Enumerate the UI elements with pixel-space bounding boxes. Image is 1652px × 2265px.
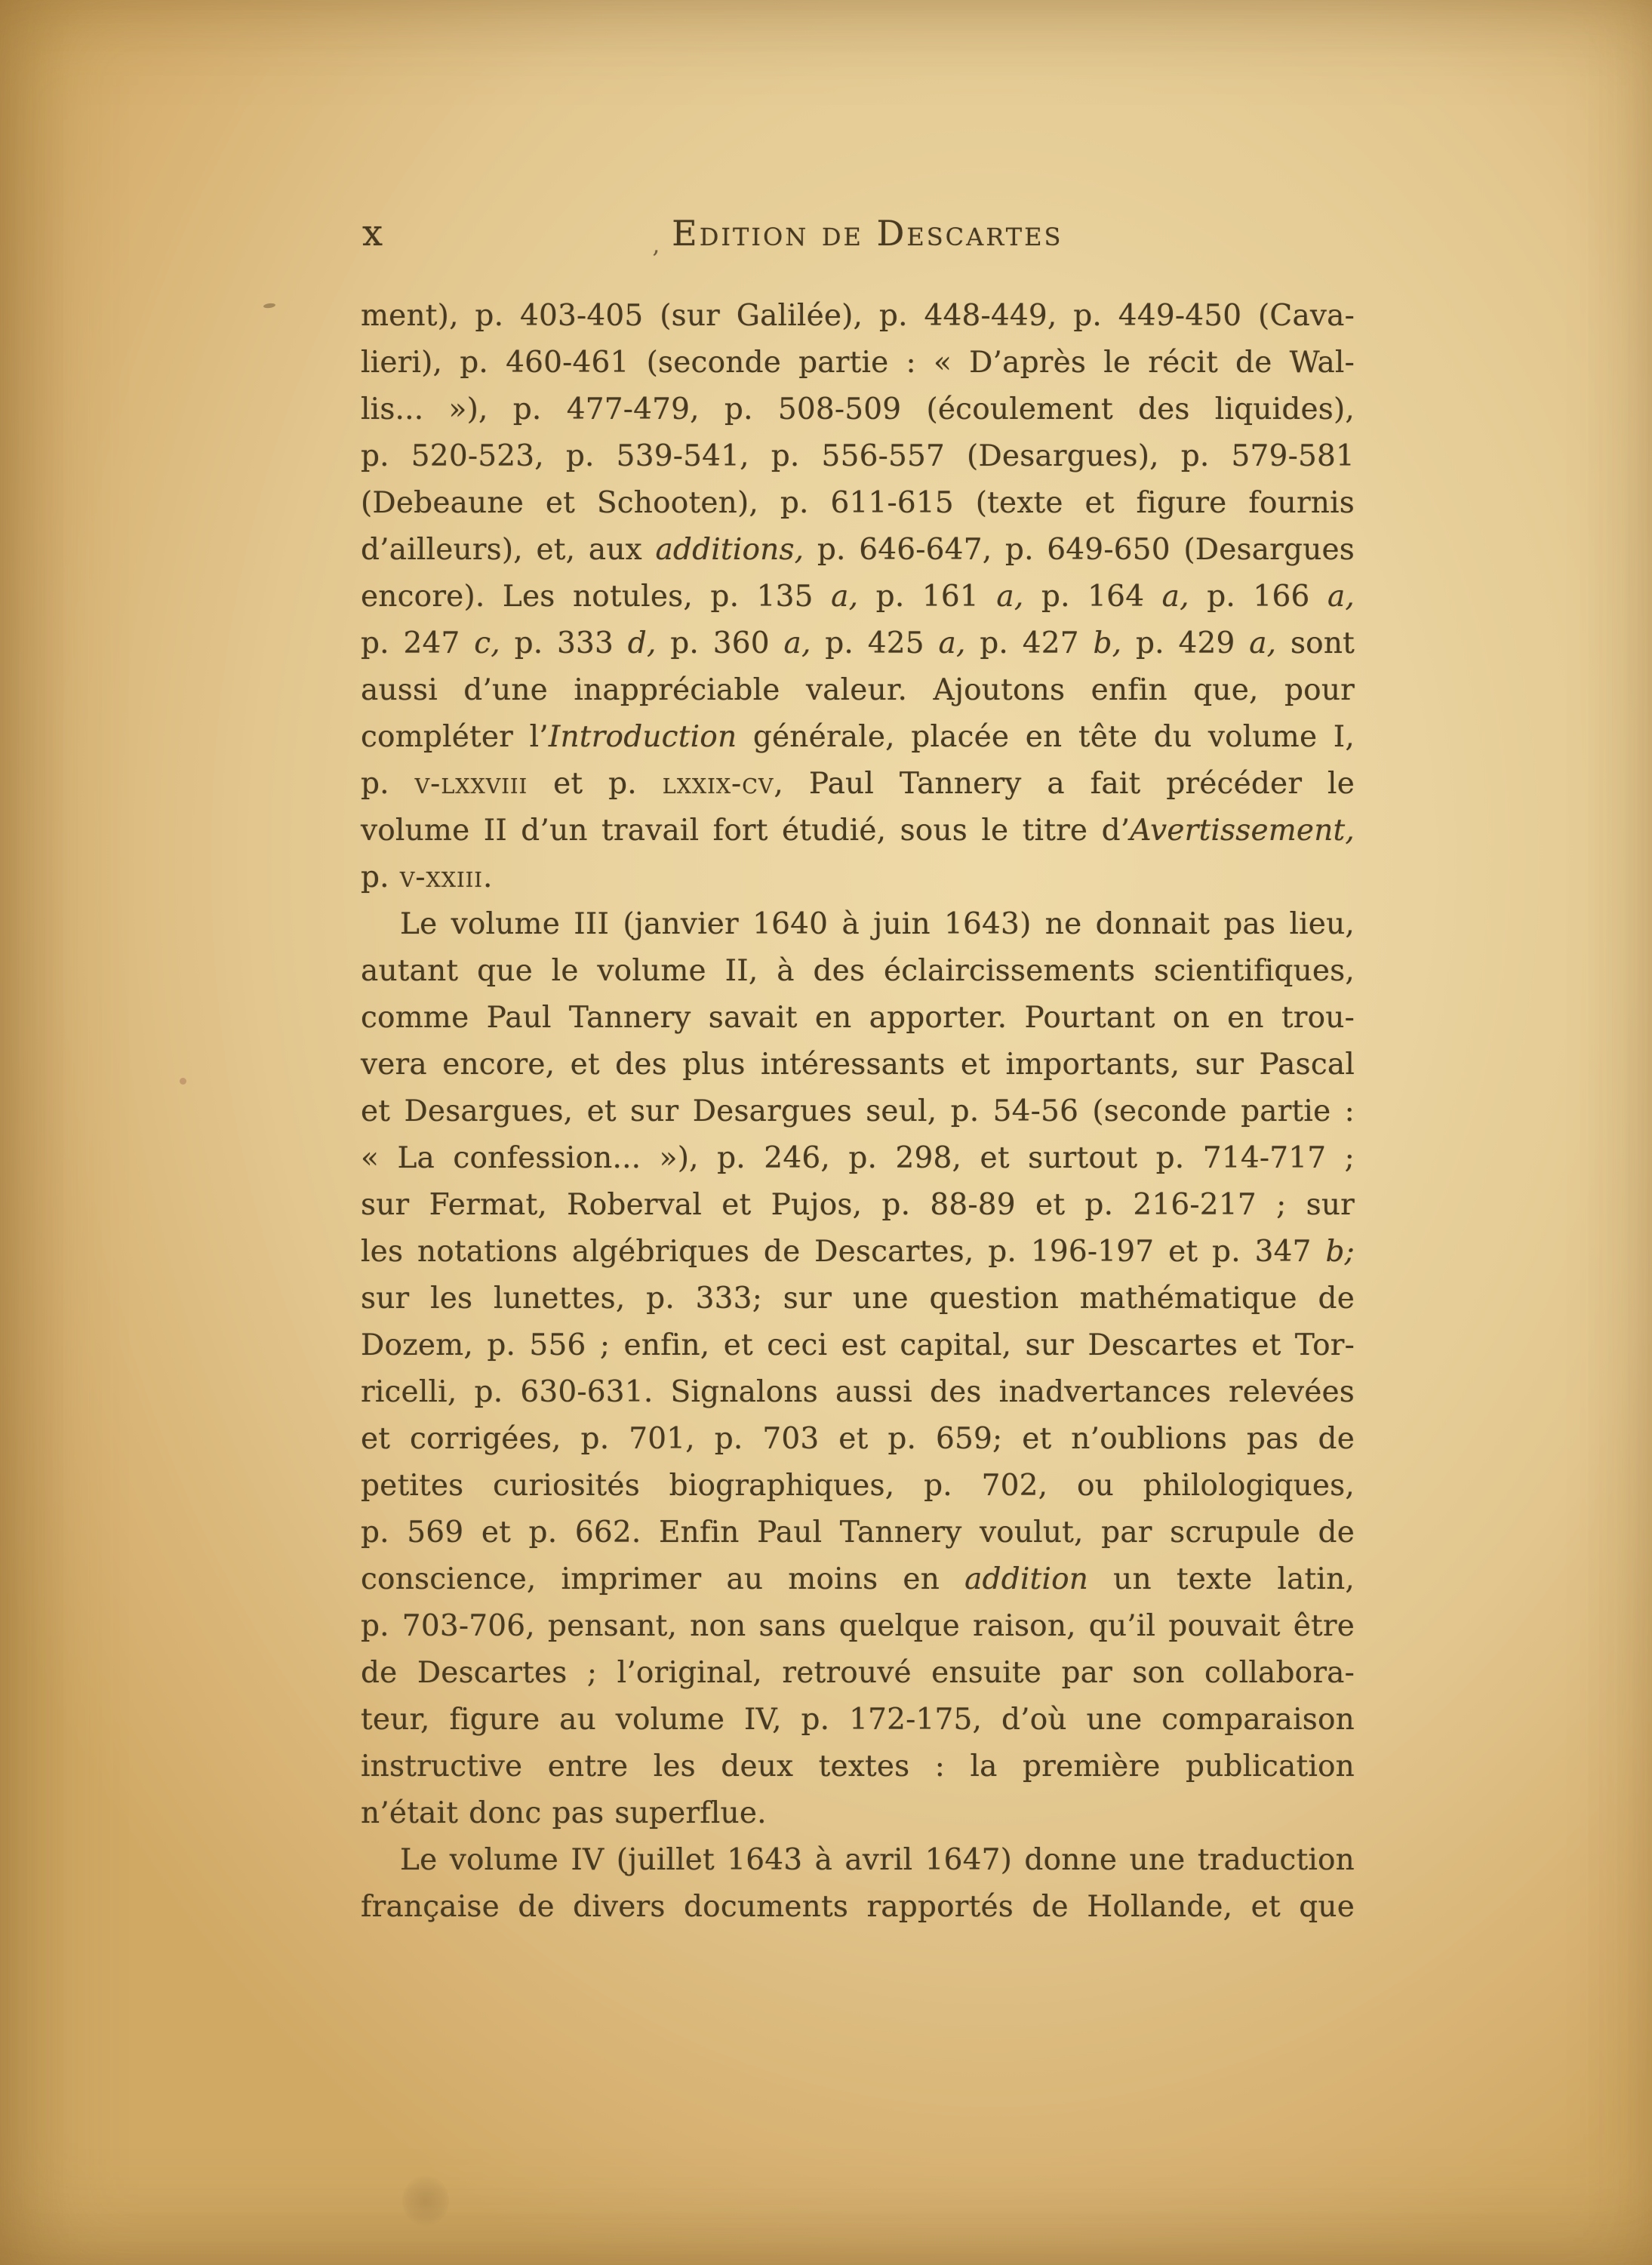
body-text: et Desargues, et sur Desargues seul, p. … bbox=[361, 1094, 1355, 1128]
text-line: et Desargues, et sur Desargues seul, p. … bbox=[361, 1088, 1355, 1135]
body-text: instructive entre les deux textes : la p… bbox=[361, 1750, 1355, 1783]
body-text: p. 164 bbox=[1023, 580, 1161, 614]
body-text: et p. bbox=[528, 767, 663, 801]
text-line: comme Paul Tannery savait en apporter. P… bbox=[361, 995, 1355, 1042]
body-text: « La confession... »), p. 246, p. 298, e… bbox=[361, 1141, 1355, 1175]
italic-text: Introduction bbox=[549, 720, 737, 754]
text-line: autant que le volume II, à des éclaircis… bbox=[361, 948, 1355, 995]
body-text: volume II d’un travail fort étudié, sous… bbox=[361, 814, 1130, 848]
body-text: comme Paul Tannery savait en apporter. P… bbox=[361, 1001, 1355, 1035]
body-text: p. 333 bbox=[500, 626, 628, 660]
smallcaps-text: v-lxxviii bbox=[415, 767, 528, 801]
text-line: lieri), p. 460-461 (seconde partie : « D… bbox=[361, 340, 1355, 386]
text-line: sur Fermat, Roberval et Pujos, p. 88-89 … bbox=[361, 1182, 1355, 1229]
paper-speck bbox=[180, 1078, 186, 1085]
text-line: p. v-xxiii. bbox=[361, 854, 1355, 901]
text-line: française de divers documents rapportés … bbox=[361, 1884, 1355, 1931]
text-line: les notations algébriques de Descartes, … bbox=[361, 1229, 1355, 1276]
text-line: petites curiosités biographiques, p. 702… bbox=[361, 1463, 1355, 1509]
text-line: d’ailleurs), et, aux additions, p. 646-6… bbox=[361, 527, 1355, 574]
body-text: p. 429 bbox=[1121, 626, 1249, 660]
text-line: et corrigées, p. 701, p. 703 et p. 659; … bbox=[361, 1416, 1355, 1463]
text-line: (Debeaune et Schooten), p. 611-615 (text… bbox=[361, 480, 1355, 527]
text-line: vera encore, et des plus intéressants et… bbox=[361, 1042, 1355, 1088]
running-title: ,Edition de Descartes bbox=[361, 210, 1355, 269]
text-line: instructive entre les deux textes : la p… bbox=[361, 1743, 1355, 1790]
text-line: p. 520-523, p. 539-541, p. 556-557 (Desa… bbox=[361, 433, 1355, 480]
body-text: p. 166 bbox=[1189, 580, 1327, 614]
text-line: Dozem, p. 556 ; enfin, et ceci est capit… bbox=[361, 1322, 1355, 1369]
text-line: p. v-lxxviii et p. lxxix-cv, Paul Tanner… bbox=[361, 761, 1355, 808]
body-text: p. bbox=[361, 860, 400, 894]
body-text: et corrigées, p. 701, p. 703 et p. 659; … bbox=[361, 1422, 1355, 1456]
body-text: conscience, imprimer au moins en bbox=[361, 1562, 964, 1596]
italic-text: d, bbox=[628, 626, 657, 660]
body-text: p. 520-523, p. 539-541, p. 556-557 (Desa… bbox=[361, 439, 1355, 473]
text-line: Le volume III (janvier 1640 à juin 1643)… bbox=[361, 901, 1355, 948]
body-text: p. 360 bbox=[657, 626, 784, 660]
body-text: autant que le volume II, à des éclaircis… bbox=[361, 954, 1355, 988]
italic-text: b, bbox=[1094, 626, 1122, 660]
running-head: x ,Edition de Descartes bbox=[361, 210, 1355, 257]
body-text: Le volume IV (juillet 1643 à avril 1647)… bbox=[400, 1843, 1355, 1877]
italic-text: c, bbox=[474, 626, 500, 660]
italic-text: a, bbox=[1327, 580, 1355, 614]
text-line: compléter l’Introduction générale, placé… bbox=[361, 714, 1355, 761]
text-line: aussi d’une inappréciable valeur. Ajouto… bbox=[361, 667, 1355, 714]
italic-text: a, bbox=[784, 626, 811, 660]
italic-text: Avertissement, bbox=[1130, 814, 1355, 848]
body-text: p. 703-706, pensant, non sans quelque ra… bbox=[361, 1609, 1355, 1643]
body-text: lieri), p. 460-461 (seconde partie : « D… bbox=[361, 346, 1355, 380]
italic-text: a, bbox=[939, 626, 966, 660]
text-line: volume II d’un travail fort étudié, sous… bbox=[361, 808, 1355, 854]
body-text: p. 646-647, p. 649-650 (Desargues bbox=[804, 533, 1355, 567]
text-line: p. 569 et p. 662. Enfin Paul Tannery vou… bbox=[361, 1509, 1355, 1556]
body-text: les notations algébriques de Descartes, … bbox=[361, 1235, 1325, 1269]
text-line: encore). Les notules, p. 135 a, p. 161 a… bbox=[361, 574, 1355, 620]
body-text: Dozem, p. 556 ; enfin, et ceci est capit… bbox=[361, 1328, 1355, 1362]
text-line: p. 703-706, pensant, non sans quelque ra… bbox=[361, 1603, 1355, 1650]
text-line: sur les lunettes, p. 333; sur une questi… bbox=[361, 1276, 1355, 1322]
body-text: p. 161 bbox=[858, 580, 996, 614]
body-text: ricelli, p. 630-631. Signalons aussi des… bbox=[361, 1375, 1355, 1409]
body-text: ment), p. 403-405 (sur Galilée), p. 448-… bbox=[361, 299, 1355, 333]
body-text: d’ailleurs), et, aux bbox=[361, 533, 655, 567]
body-text: vera encore, et des plus intéressants et… bbox=[361, 1048, 1355, 1082]
text-line: de Descartes ; l’original, retrouvé ensu… bbox=[361, 1650, 1355, 1697]
paper-stain bbox=[402, 2175, 449, 2227]
text-line: « La confession... »), p. 246, p. 298, e… bbox=[361, 1135, 1355, 1182]
body-text: française de divers documents rapportés … bbox=[361, 1890, 1355, 1924]
body-text: sur Fermat, Roberval et Pujos, p. 88-89 … bbox=[361, 1188, 1355, 1222]
body-text: encore). Les notules, p. 135 bbox=[361, 580, 831, 614]
body-text: compléter l’ bbox=[361, 720, 549, 754]
body-text: sont bbox=[1276, 626, 1355, 660]
book-page: x ,Edition de Descartes ment), p. 403-40… bbox=[0, 0, 1652, 2265]
italic-text: a, bbox=[1162, 580, 1189, 614]
text-line: Le volume IV (juillet 1643 à avril 1647)… bbox=[361, 1837, 1355, 1884]
body-text: générale, placée en tête du volume I, bbox=[737, 720, 1355, 754]
ink-mark: , bbox=[653, 232, 660, 259]
body-text: un texte latin, bbox=[1088, 1562, 1355, 1596]
text-block: ment), p. 403-405 (sur Galilée), p. 448-… bbox=[361, 293, 1355, 1931]
smallcaps-text: lxxix-cv bbox=[663, 767, 774, 801]
italic-text: a, bbox=[1249, 626, 1276, 660]
body-text: n’était donc pas superflue. bbox=[361, 1796, 767, 1830]
paper-speck bbox=[263, 303, 276, 309]
body-text: p. 569 et p. 662. Enfin Paul Tannery vou… bbox=[361, 1516, 1355, 1549]
smallcaps-text: v-xxiii bbox=[400, 860, 483, 894]
text-line: ment), p. 403-405 (sur Galilée), p. 448-… bbox=[361, 293, 1355, 340]
text-line: p. 247 c, p. 333 d, p. 360 a, p. 425 a, … bbox=[361, 620, 1355, 667]
text-line: conscience, imprimer au moins en additio… bbox=[361, 1556, 1355, 1603]
body-text: . bbox=[483, 860, 493, 894]
body-text: Le volume III (janvier 1640 à juin 1643)… bbox=[400, 907, 1355, 941]
body-text: , Paul Tannery a fait précéder le bbox=[774, 767, 1355, 801]
body-text: teur, figure au volume IV, p. 172-175, d… bbox=[361, 1703, 1355, 1737]
body-text: petites curiosités biographiques, p. 702… bbox=[361, 1469, 1355, 1503]
body-text: p. 425 bbox=[811, 626, 939, 660]
italic-text: addition bbox=[964, 1562, 1088, 1596]
text-line: teur, figure au volume IV, p. 172-175, d… bbox=[361, 1697, 1355, 1743]
body-text: de Descartes ; l’original, retrouvé ensu… bbox=[361, 1656, 1355, 1690]
italic-text: a, bbox=[996, 580, 1023, 614]
running-title-text: Edition de Descartes bbox=[672, 213, 1063, 254]
italic-text: a, bbox=[831, 580, 858, 614]
body-text: p. 247 bbox=[361, 626, 474, 660]
body-text: (Debeaune et Schooten), p. 611-615 (text… bbox=[361, 486, 1355, 520]
italic-text: additions, bbox=[655, 533, 804, 567]
text-line: ricelli, p. 630-631. Signalons aussi des… bbox=[361, 1369, 1355, 1416]
text-line: n’était donc pas superflue. bbox=[361, 1790, 1355, 1837]
italic-text: b; bbox=[1325, 1235, 1355, 1269]
text-line: lis... »), p. 477-479, p. 508-509 (écoul… bbox=[361, 386, 1355, 433]
body-text: sur les lunettes, p. 333; sur une questi… bbox=[361, 1282, 1355, 1316]
body-text: p. 427 bbox=[966, 626, 1094, 660]
body-text: lis... »), p. 477-479, p. 508-509 (écoul… bbox=[361, 392, 1355, 426]
body-text: aussi d’une inappréciable valeur. Ajouto… bbox=[361, 673, 1355, 707]
body-text: p. bbox=[361, 767, 415, 801]
